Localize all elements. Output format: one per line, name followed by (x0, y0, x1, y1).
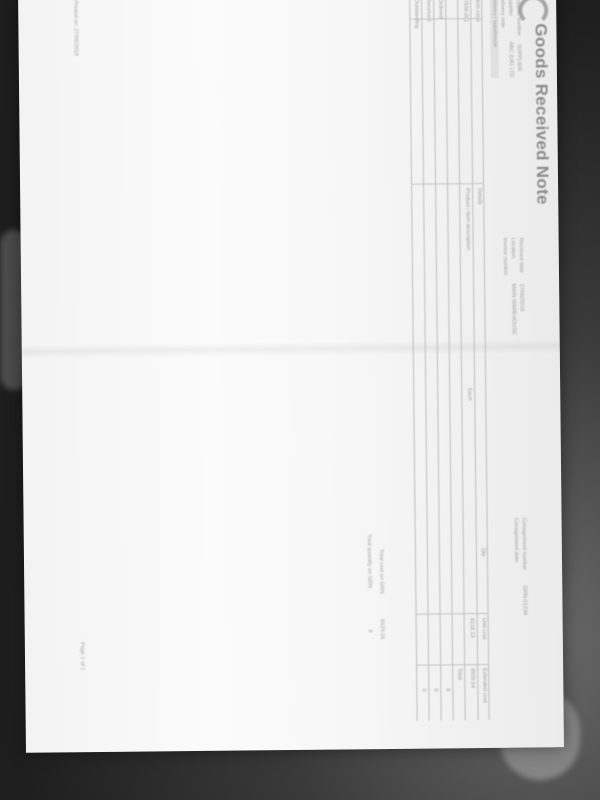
col-extended-cost: Extended cost (481, 668, 487, 703)
goods-received-note: Goods Received Note Supplier numberSUPPL… (56, 0, 564, 732)
col-details: Details (476, 188, 482, 205)
total-label: Total (456, 668, 462, 680)
row-rule (433, 0, 442, 720)
row-rule (445, 0, 454, 720)
document-title: Goods Received Note (530, 23, 552, 205)
col-unit-cost: Unit cost (481, 618, 487, 639)
row-rule (409, 0, 418, 721)
company-logo-icon (518, 0, 548, 26)
col-qty: Qty (480, 548, 486, 557)
table-header-rule (470, 0, 479, 720)
printed-footer: Printed on: 27/06/2018 (72, 0, 79, 56)
header-mid: Received date27/06/2018 LocationMAIN WAR… (501, 238, 526, 335)
page-number: Page 1 of 1 (79, 642, 85, 670)
total-cost: Total cost on GRN 8929.04 (378, 549, 385, 639)
header-right: Consignment numberGRN-01234 Consignment … (512, 518, 529, 616)
row-rule (421, 0, 430, 721)
total-quantity: Total quantity on GRN 8 (366, 534, 373, 632)
paper-sheet: Goods Received Note Supplier numberSUPPL… (18, 0, 564, 753)
header-left: Supplier numberSUPPLIER SupplierABC (UK)… (490, 0, 523, 78)
row-rule (457, 0, 466, 720)
